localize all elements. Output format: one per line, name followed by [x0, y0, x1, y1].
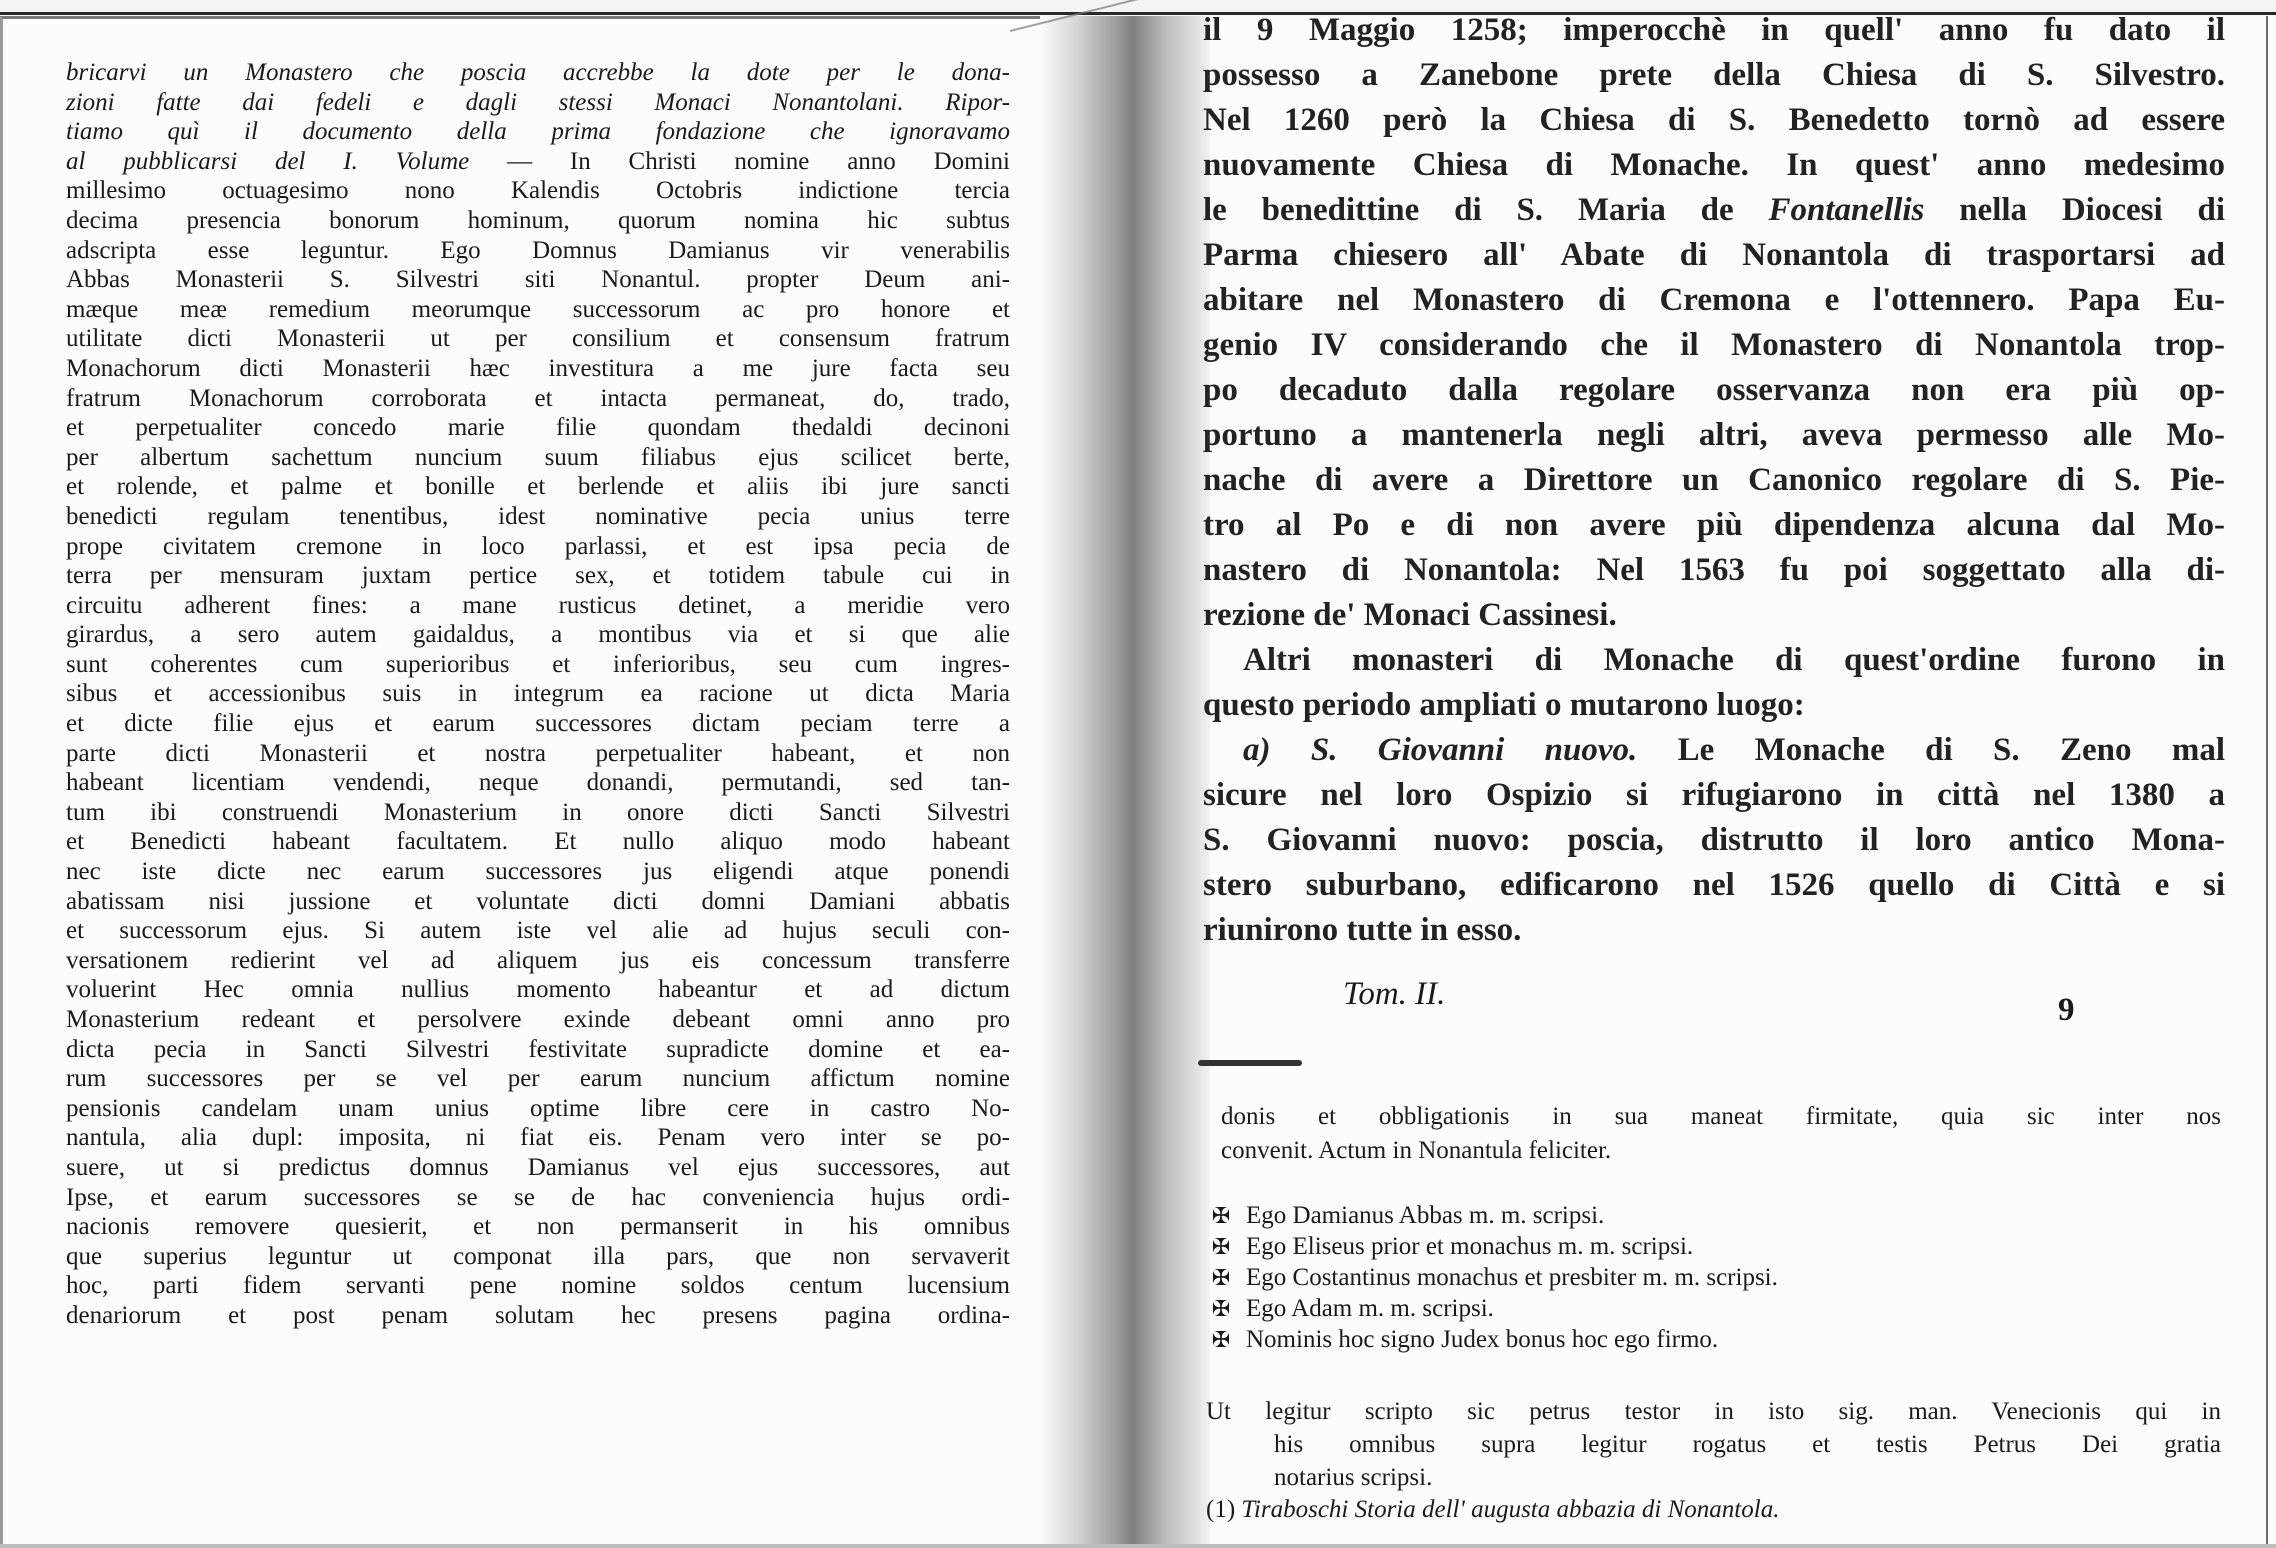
- text-line: denariorum et post penam solutam hec pre…: [66, 1301, 1010, 1331]
- attestation-line: notarius scripsi.: [1206, 1461, 2221, 1494]
- text-line: zioni fatte dai fedeli e dagli stessi Mo…: [66, 88, 1010, 118]
- text-line: utilitate dicti Monasterii ut per consil…: [66, 324, 1010, 354]
- text-line: mæque meæ remedium meorumque successorum…: [66, 295, 1010, 325]
- page-number: 9: [2058, 992, 2075, 1029]
- text-line: Parma chiesero all' Abate di Nonantola d…: [1203, 233, 2225, 278]
- signature-text: Ego Eliseus prior et monachus m. m. scri…: [1246, 1231, 1693, 1262]
- text-line: Altri monasteri di Monache di quest'ordi…: [1203, 638, 2225, 683]
- text-line: Abbas Monasterii S. Silvestri siti Nonan…: [66, 265, 1010, 295]
- text-line: a) S. Giovanni nuovo. Le Monache di S. Z…: [1203, 728, 2225, 773]
- signature-text: Ego Costantinus monachus et presbiter m.…: [1246, 1262, 1778, 1293]
- text-line: prope civitatem cremone in loco parlassi…: [66, 532, 1010, 562]
- right-page-edge: [2266, 16, 2268, 1544]
- text-line: questo periodo ampliati o mutarono luogo…: [1203, 683, 2225, 728]
- text-line: Ipse, et earum successores se se de hac …: [66, 1183, 1010, 1213]
- text-line: nacionis removere quesierit, et non perm…: [66, 1212, 1010, 1242]
- signature-item: ✠ Ego Costantinus monachus et presbiter …: [1206, 1262, 2206, 1293]
- right-page-text: il 9 Maggio 1258; imperocchè in quell' a…: [1203, 8, 2225, 953]
- footnote-divider: [1198, 1060, 1302, 1066]
- text-line: le benedittine di S. Maria de Fontanelli…: [1203, 188, 2225, 233]
- text-line: nache di avere a Direttore un Canonico r…: [1203, 458, 2225, 503]
- cross-icon: ✠: [1206, 1324, 1236, 1355]
- attestation-line: Ut legitur scripto sic petrus testor in …: [1206, 1395, 2221, 1428]
- text-line: dicta pecia in Sancti Silvestri festivit…: [66, 1035, 1010, 1065]
- text-line: suere, ut si predictus domnus Damianus v…: [66, 1153, 1010, 1183]
- text-line: tro al Po e di non avere più dipendenza …: [1203, 503, 2225, 548]
- text-line: et dicte filie ejus et earum successores…: [66, 709, 1010, 739]
- text-line: nantula, alia dupl: imposita, ni fiat ei…: [66, 1123, 1010, 1153]
- text-line: circuitu adherent fines: a mane rusticus…: [66, 591, 1010, 621]
- text-line: rezione de' Monaci Cassinesi.: [1203, 593, 2225, 638]
- cross-icon: ✠: [1206, 1262, 1236, 1293]
- signature-list: ✠ Ego Damianus Abbas m. m. scripsi. ✠ Eg…: [1206, 1200, 2206, 1355]
- text-line: et rolende, et palme et bonille et berle…: [66, 472, 1010, 502]
- text-line: al pubblicarsi del I. Volume — In Christ…: [66, 147, 1010, 177]
- text-line: benedicti regulam tenentibus, idest nomi…: [66, 502, 1010, 532]
- text-line: per albertum sachettum nuncium suum fili…: [66, 443, 1010, 473]
- text-line: hoc, parti fidem servanti pene nomine so…: [66, 1271, 1010, 1301]
- cross-icon: ✠: [1206, 1293, 1236, 1324]
- text-line: millesimo octuagesimo nono Kalendis Octo…: [66, 176, 1010, 206]
- text-line: voluerint Hec omnia nullius momento habe…: [66, 975, 1010, 1005]
- document-line: donis et obbligationis in sua maneat fir…: [1221, 1100, 2221, 1134]
- signature-text: Ego Adam m. m. scripsi.: [1246, 1293, 1494, 1324]
- text-line: possesso a Zanebone prete della Chiesa d…: [1203, 53, 2225, 98]
- text-line: fratrum Monachorum corroborata et intact…: [66, 384, 1010, 414]
- text-line: genio IV considerando che il Monastero d…: [1203, 323, 2225, 368]
- text-line: sunt coherentes cum superioribus et infe…: [66, 650, 1010, 680]
- text-line: sicure nel loro Ospizio si rifugiarono i…: [1203, 773, 2225, 818]
- text-line: bricarvi un Monastero che poscia accrebb…: [66, 58, 1010, 88]
- text-line: decima presencia bonorum hominum, quorum…: [66, 206, 1010, 236]
- text-line: rum successores per se vel per earum nun…: [66, 1064, 1010, 1094]
- cross-icon: ✠: [1206, 1200, 1236, 1231]
- text-line: nastero di Nonantola: Nel 1563 fu poi so…: [1203, 548, 2225, 593]
- text-line: et successorum ejus. Si autem iste vel a…: [66, 916, 1010, 946]
- signature-mark: Tom. II.: [1343, 976, 1445, 1013]
- text-line: Monasterium redeant et persolvere exinde…: [66, 1005, 1010, 1035]
- text-line: sibus et accessionibus suis in integrum …: [66, 679, 1010, 709]
- text-line: et Benedicti habeant facultatem. Et null…: [66, 827, 1010, 857]
- text-line: Nel 1260 però la Chiesa di S. Benedetto …: [1203, 98, 2225, 143]
- signature-text: Nominis hoc signo Judex bonus hoc ego fi…: [1246, 1324, 1718, 1355]
- text-line: parte dicti Monasterii et nostra perpetu…: [66, 739, 1010, 769]
- text-line: terra per mensuram juxtam pertice sex, e…: [66, 561, 1010, 591]
- text-line: tum ibi construendi Monasterium in onore…: [66, 798, 1010, 828]
- left-page-text: bricarvi un Monastero che poscia accrebb…: [66, 58, 1010, 1331]
- text-line: abitare nel Monastero di Cremona e l'ott…: [1203, 278, 2225, 323]
- signature-text: Ego Damianus Abbas m. m. scripsi.: [1246, 1200, 1604, 1231]
- signature-item: ✠ Ego Damianus Abbas m. m. scripsi.: [1206, 1200, 2206, 1231]
- signature-item: ✠ Nominis hoc signo Judex bonus hoc ego …: [1206, 1324, 2206, 1355]
- text-line: stero suburbano, edificarono nel 1526 qu…: [1203, 863, 2225, 908]
- text-line: girardus, a sero autem gaidaldus, a mont…: [66, 620, 1010, 650]
- text-line: nuovamente Chiesa di Monache. In quest' …: [1203, 143, 2225, 188]
- text-line: S. Giovanni nuovo: poscia, distrutto il …: [1203, 818, 2225, 863]
- text-line: pensionis candelam unam unius optime lib…: [66, 1094, 1010, 1124]
- book-gutter-shadow: [1040, 16, 1210, 1544]
- text-line: adscripta esse leguntur. Ego Domnus Dami…: [66, 236, 1010, 266]
- document-continuation: donis et obbligationis in sua maneat fir…: [1221, 1100, 2221, 1168]
- text-line: riunirono tutte in esso.: [1203, 908, 2225, 953]
- text-line: que superius leguntur ut componat illa p…: [66, 1242, 1010, 1272]
- text-line: versationem redierint vel ad aliquem jus…: [66, 946, 1010, 976]
- cross-icon: ✠: [1206, 1231, 1236, 1262]
- footnote-marker: (1): [1206, 1496, 1235, 1523]
- text-line: portuno a mantenerla negli altri, aveva …: [1203, 413, 2225, 458]
- text-line: et perpetualiter concedo marie filie quo…: [66, 413, 1010, 443]
- footnote-text: Tiraboschi Storia dell' augusta abbazia …: [1241, 1496, 1779, 1523]
- text-line: nec iste dicte nec earum successores jus…: [66, 857, 1010, 887]
- signature-item: ✠ Ego Adam m. m. scripsi.: [1206, 1293, 2206, 1324]
- attestation-line: his omnibus supra legitur rogatus et tes…: [1206, 1428, 2221, 1461]
- signature-item: ✠ Ego Eliseus prior et monachus m. m. sc…: [1206, 1231, 2206, 1262]
- document-line: convenit. Actum in Nonantula feliciter.: [1221, 1134, 2221, 1168]
- text-line: Monachorum dicti Monasterii hæc investit…: [66, 354, 1010, 384]
- text-line: il 9 Maggio 1258; imperocchè in quell' a…: [1203, 8, 2225, 53]
- notary-attestation: Ut legitur scripto sic petrus testor in …: [1206, 1395, 2221, 1494]
- footnote: (1) Tiraboschi Storia dell' augusta abba…: [1206, 1496, 1779, 1524]
- text-line: abatissam nisi jussione et voluntate dic…: [66, 887, 1010, 917]
- text-line: tiamo quì il documento della prima fonda…: [66, 117, 1010, 147]
- text-line: po decaduto dalla regolare osservanza no…: [1203, 368, 2225, 413]
- scan-bottom-edge: [0, 1544, 2276, 1548]
- text-line: habeant licentiam vendendi, neque donand…: [66, 768, 1010, 798]
